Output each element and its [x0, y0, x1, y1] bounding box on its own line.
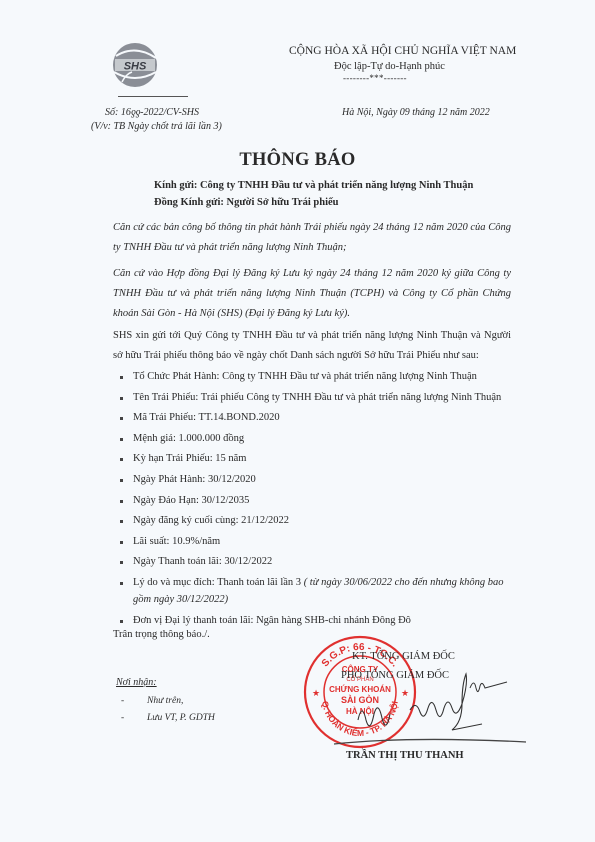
legal-basis-2: Căn cứ vào Hợp đồng Đại lý Đăng ký Lưu k… — [113, 264, 511, 324]
list-item: Ngày Đáo Hạn: 30/12/2035 — [113, 491, 513, 512]
document-page: SHS Số: 16ƍƍ-2022/CV-SHS (V/v: TB Ngày c… — [0, 0, 595, 842]
motto-separator: --------***------- — [343, 73, 407, 83]
list-item: Mệnh giá: 1.000.000 đồng — [113, 429, 513, 450]
closing-line: Trân trọng thông báo./. — [113, 629, 210, 640]
national-title: CỘNG HÒA XÃ HỘI CHỦ NGHĨA VIỆT NAM — [289, 45, 516, 57]
list-item: Ngày Thanh toán lãi: 30/12/2022 — [113, 552, 513, 573]
list-item: Mã Trái Phiếu: TT.14.BOND.2020 — [113, 408, 513, 429]
cc-addressee: Đồng Kính gửi: Người Sở hữu Trái phiếu — [154, 197, 338, 208]
list-item: Kỳ hạn Trái Phiếu: 15 năm — [113, 449, 513, 470]
document-title: THÔNG BÁO — [0, 150, 595, 171]
national-motto: Độc lập-Tự do-Hạnh phúc — [334, 61, 445, 72]
list-item: Tổ Chức Phát Hành: Công ty TNHH Đầu tư v… — [113, 367, 513, 388]
intro-paragraph: SHS xin gửi tới Quý Công ty TNHH Đầu tư … — [113, 326, 511, 366]
document-number: Số: 16ƍƍ-2022/CV-SHS — [105, 107, 199, 118]
legal-basis-1: Căn cứ các bản công bố thông tin phát hà… — [113, 218, 511, 258]
list-item: Lãi suất: 10.9%/năm — [113, 532, 513, 553]
svg-text:★: ★ — [312, 688, 320, 698]
dateline: Hà Nội, Ngày 09 tháng 12 năm 2022 — [342, 107, 490, 118]
addressee: Kính gửi: Công ty TNHH Đầu tư và phát tr… — [154, 180, 473, 191]
logo-divider — [118, 96, 188, 97]
list-item: Tên Trái Phiếu: Trái phiếu Công ty TNHH … — [113, 388, 513, 409]
shs-logo-icon: SHS — [112, 42, 158, 88]
recipient-item: -Lưu VT, P. GDTH — [121, 713, 215, 723]
bond-details-list: Tổ Chức Phát Hành: Công ty TNHH Đầu tư v… — [113, 367, 513, 632]
list-item: Lý do và mục đích: Thanh toán lãi lần 3 … — [113, 573, 513, 611]
handwritten-signature-icon — [330, 660, 530, 750]
recipients-heading: Nơi nhận: — [116, 677, 157, 688]
recipient-item: -Như trên, — [121, 696, 183, 706]
signer-name: TRẦN THỊ THU THANH — [346, 750, 464, 761]
list-item: Ngày đăng ký cuối cùng: 21/12/2022 — [113, 511, 513, 532]
document-subject: (V/v: TB Ngày chốt trả lãi lần 3) — [91, 121, 222, 132]
svg-text:SHS: SHS — [124, 61, 147, 73]
list-item: Ngày Phát Hành: 30/12/2020 — [113, 470, 513, 491]
